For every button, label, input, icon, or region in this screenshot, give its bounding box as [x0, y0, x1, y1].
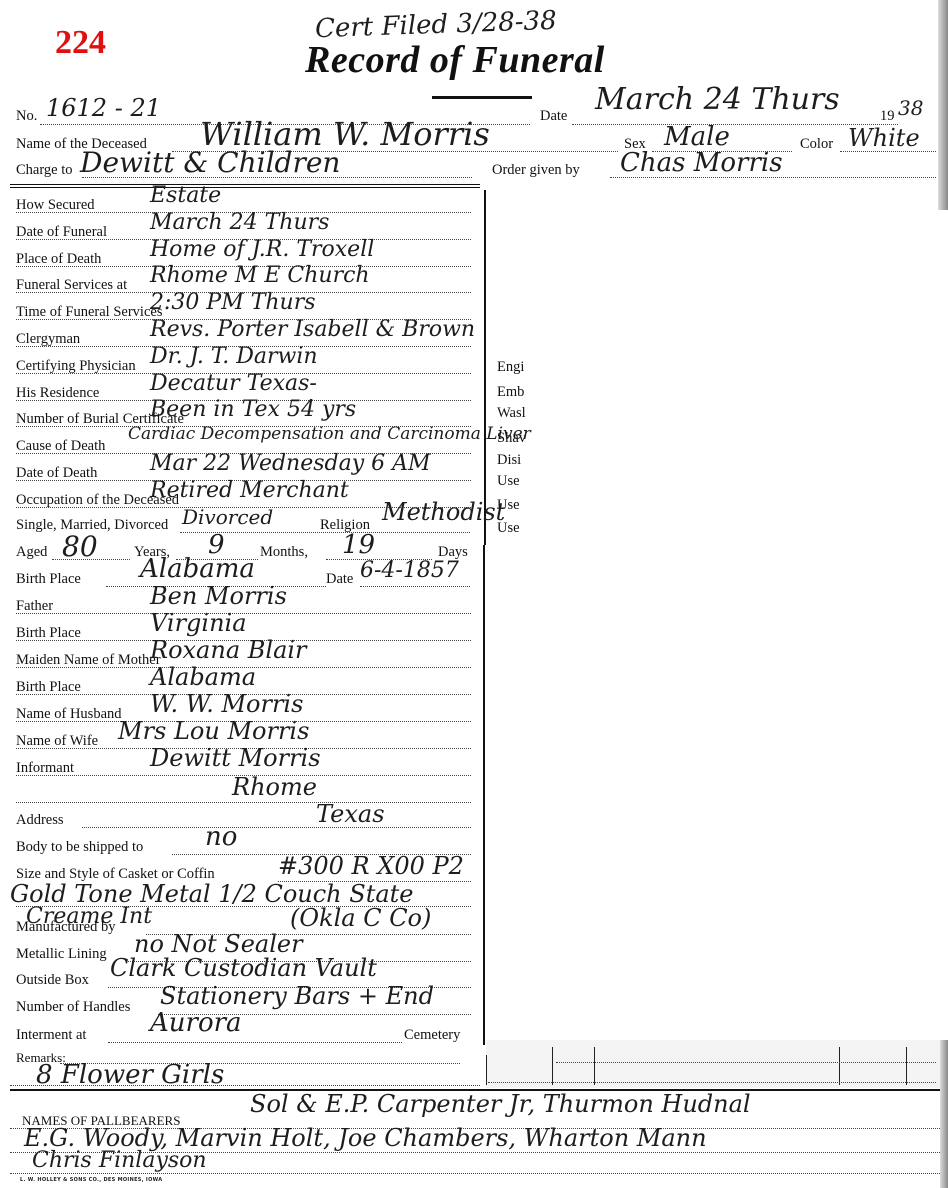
- handles-label: Number of Handles: [16, 999, 130, 1016]
- manufactured-label: Manufactured by: [16, 919, 115, 936]
- manufactured-value: (Okla C Co): [290, 904, 431, 932]
- color-label: Color: [800, 136, 833, 153]
- printer-imprint: L. W. HOLLEY & SONS CO., DES MOINES, IOW…: [20, 1177, 162, 1183]
- table-line: [488, 1082, 936, 1083]
- date-value: March 24 Thurs: [595, 82, 840, 117]
- header-divider: [10, 184, 480, 185]
- outside-box-label: Outside Box: [16, 972, 89, 989]
- his-residence-value: Decatur Texas-: [150, 371, 317, 396]
- name-of-husband-4-value: W. W. Morris: [150, 690, 303, 718]
- table-line: [556, 1062, 936, 1063]
- birth-place-1-value: Virginia: [150, 609, 247, 637]
- certifying-physician-value: Dr. J. T. Darwin: [150, 344, 318, 369]
- handles-value: Stationery Bars + End: [160, 982, 434, 1010]
- outside-box-value: Clark Custodian Vault: [110, 954, 377, 982]
- informant-town-value: Rhome: [232, 773, 317, 801]
- page-title: Record of Funeral: [305, 38, 605, 82]
- time-of-funeral-services-value: 2:30 PM Thurs: [150, 290, 316, 315]
- months-label: Months,: [260, 544, 308, 561]
- title-rule: [432, 96, 532, 99]
- no-value: 1612 - 21: [46, 94, 161, 122]
- aged-label: Aged: [16, 544, 47, 561]
- address-value: Texas: [316, 800, 385, 828]
- maiden-name-of-mother-2-value: Roxana Blair: [150, 636, 307, 664]
- table-divider: [594, 1047, 595, 1085]
- date-label: Date: [540, 108, 567, 125]
- clergyman-value: Revs. Porter Isabell & Brown: [150, 317, 475, 342]
- side-label-emb: Emb: [497, 384, 537, 401]
- birth-place-3-value: Alabama: [150, 663, 256, 691]
- birth-place-label: Birth Place: [16, 571, 81, 588]
- place-of-death-value: Home of J.R. Troxell: [150, 237, 374, 262]
- charge-to-label: Charge to: [16, 162, 73, 179]
- side-label-wash: Wasl: [497, 405, 537, 422]
- page-edge-shadow: [938, 0, 948, 210]
- side-label-shave: Shav: [497, 430, 537, 447]
- informant-line-2: [16, 802, 471, 803]
- no-label: No.: [16, 108, 37, 125]
- pallbearers-value-1: Sol & E.P. Carpenter Jr, Thurmon Hudnal: [250, 1090, 751, 1118]
- ledger-table-area: [486, 1040, 940, 1088]
- aged-days-value: 19: [342, 530, 375, 560]
- order-given-value: Chas Morris: [620, 148, 783, 178]
- interment-label: Interment at: [16, 1027, 86, 1044]
- interment-value: Aurora: [150, 1008, 242, 1038]
- birth-date-label: Date: [326, 571, 353, 588]
- birth-date-value: 6-4-1857: [360, 558, 459, 583]
- column-divider: [484, 190, 486, 545]
- charge-to-value: Dewitt & Children: [80, 146, 340, 179]
- marital-value: Divorced: [182, 505, 273, 529]
- column-divider: [483, 545, 485, 1045]
- aged-years-value: 80: [62, 530, 98, 563]
- father-0-value: Ben Morris: [150, 582, 287, 610]
- pallbearers-value-3: Chris Finlayson: [32, 1148, 207, 1173]
- table-divider: [552, 1047, 553, 1085]
- birth-date-line: [360, 586, 470, 587]
- order-given-label: Order given by: [492, 162, 580, 179]
- remarks-value: 8 Flower Girls: [36, 1060, 224, 1090]
- page-number: 224: [55, 24, 106, 62]
- address-label: Address: [16, 812, 64, 829]
- funeral-services-at-value: Rhome M E Church: [150, 263, 370, 288]
- casket-value: #300 R X00 P2: [278, 852, 464, 880]
- birth-place-value: Alabama: [140, 554, 255, 584]
- name-of-wife-5-value: Mrs Lou Morris: [118, 717, 309, 745]
- page-edge-shadow: [940, 1040, 948, 1188]
- cemetery-label: Cemetery: [404, 1027, 460, 1044]
- shipped-label: Body to be shipped to: [16, 839, 143, 856]
- number-of-burial-certificate-value: Been in Tex 54 yrs: [150, 397, 356, 422]
- lining-label: Metallic Lining: [16, 946, 107, 963]
- shipped-value: no: [205, 822, 237, 852]
- informant-6-value: Dewitt Morris: [150, 744, 321, 772]
- table-divider: [486, 1055, 487, 1085]
- year-prefix: 19: [880, 108, 895, 125]
- header-divider: [10, 187, 480, 188]
- side-label-disinfect: Disi: [497, 452, 537, 469]
- table-divider: [906, 1047, 907, 1085]
- how-secured-value: Estate: [150, 183, 221, 208]
- cause-of-death-value: Cardiac Decompensation and Carcinoma Liv…: [128, 424, 531, 444]
- color-value: White: [848, 124, 920, 152]
- interment-line: [108, 1042, 402, 1043]
- occupation-of-the-deceased-value: Retired Merchant: [150, 478, 349, 503]
- pallbearers-line-3: [10, 1173, 940, 1174]
- side-label-use-1: Use: [497, 473, 537, 490]
- address-line: [82, 827, 471, 828]
- date-of-funeral-value: March 24 Thurs: [150, 210, 329, 235]
- date-of-death-value: Mar 22 Wednesday 6 AM: [150, 451, 431, 476]
- year-value: 38: [898, 96, 923, 120]
- religion-value: Methodist: [382, 498, 505, 526]
- side-label-engr: Engi: [497, 359, 537, 376]
- table-divider: [839, 1047, 840, 1085]
